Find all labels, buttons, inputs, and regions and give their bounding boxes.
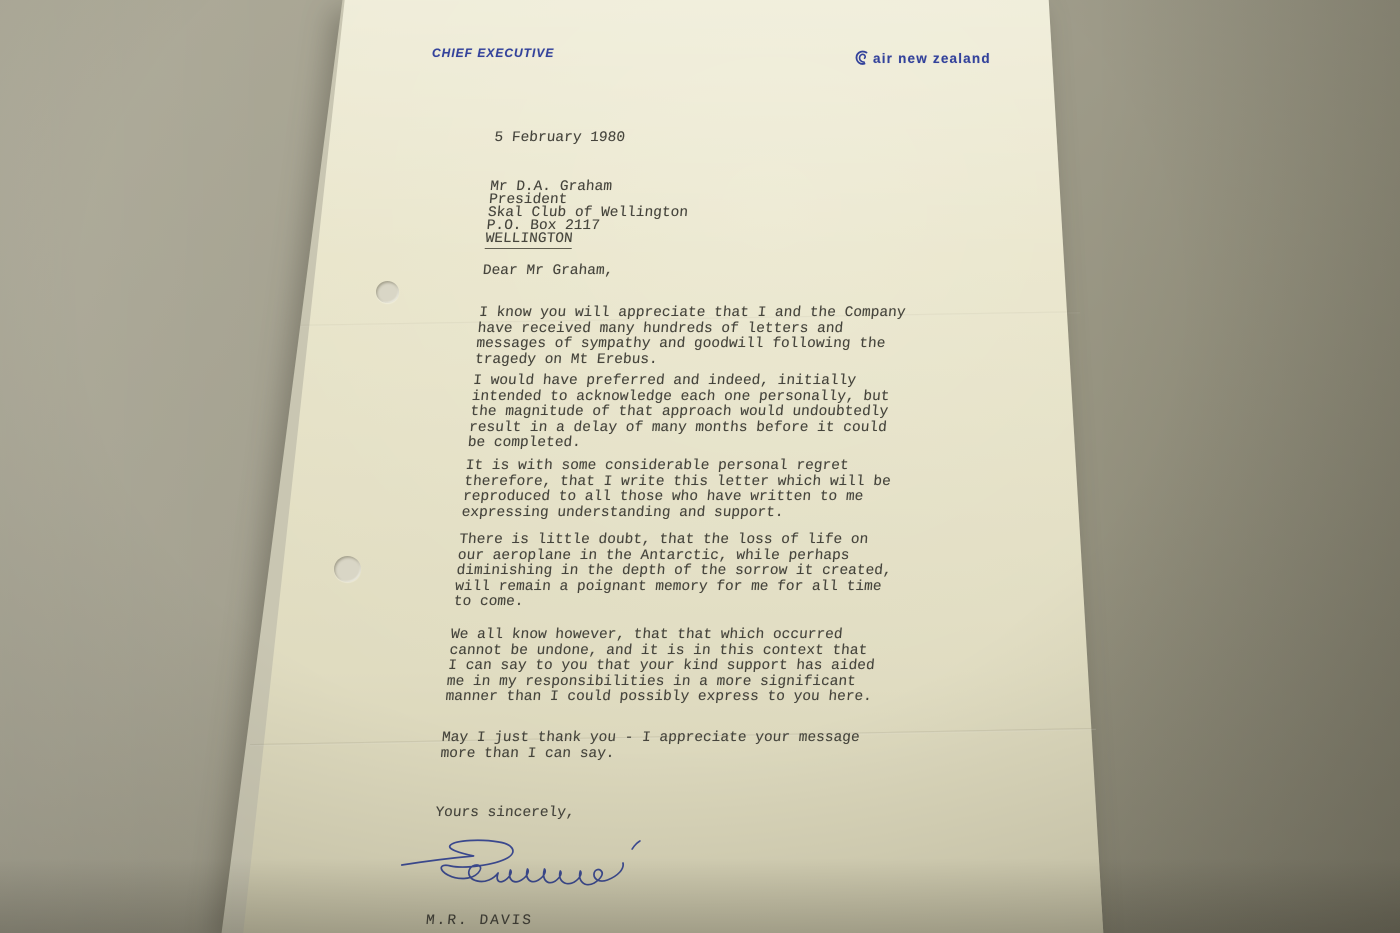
- salutation: Dear Mr Graham,: [482, 263, 614, 279]
- punch-hole: [334, 556, 361, 582]
- body-paragraph: It is with some considerable personal re…: [461, 459, 946, 521]
- signature: [393, 838, 671, 904]
- recipient-address: Mr D.A. Graham President Skal Club of We…: [485, 181, 691, 246]
- letter-body: 5 February 1980 Mr D.A. Graham President…: [425, 0, 1027, 933]
- signature-name: M.R. DAVIS: [425, 913, 533, 929]
- body-paragraph: There is little doubt, that the loss of …: [453, 533, 940, 611]
- letter-date: 5 February 1980: [494, 130, 626, 146]
- closing: Yours sincerely,: [435, 805, 576, 821]
- city-underlined: WELLINGTON: [485, 231, 574, 249]
- body-paragraph: May I just thank you - I appreciate your…: [440, 731, 923, 762]
- punch-hole: [376, 281, 399, 303]
- body-paragraph: I would have preferred and indeed, initi…: [467, 374, 954, 452]
- photo-surface: CHIEF EXECUTIVE air new zealand 5 Februa…: [0, 0, 1400, 933]
- body-paragraph: I know you will appreciate that I and th…: [474, 306, 959, 368]
- body-paragraph: We all know however, that that which occ…: [445, 628, 932, 706]
- address-line: WELLINGTON: [485, 233, 686, 246]
